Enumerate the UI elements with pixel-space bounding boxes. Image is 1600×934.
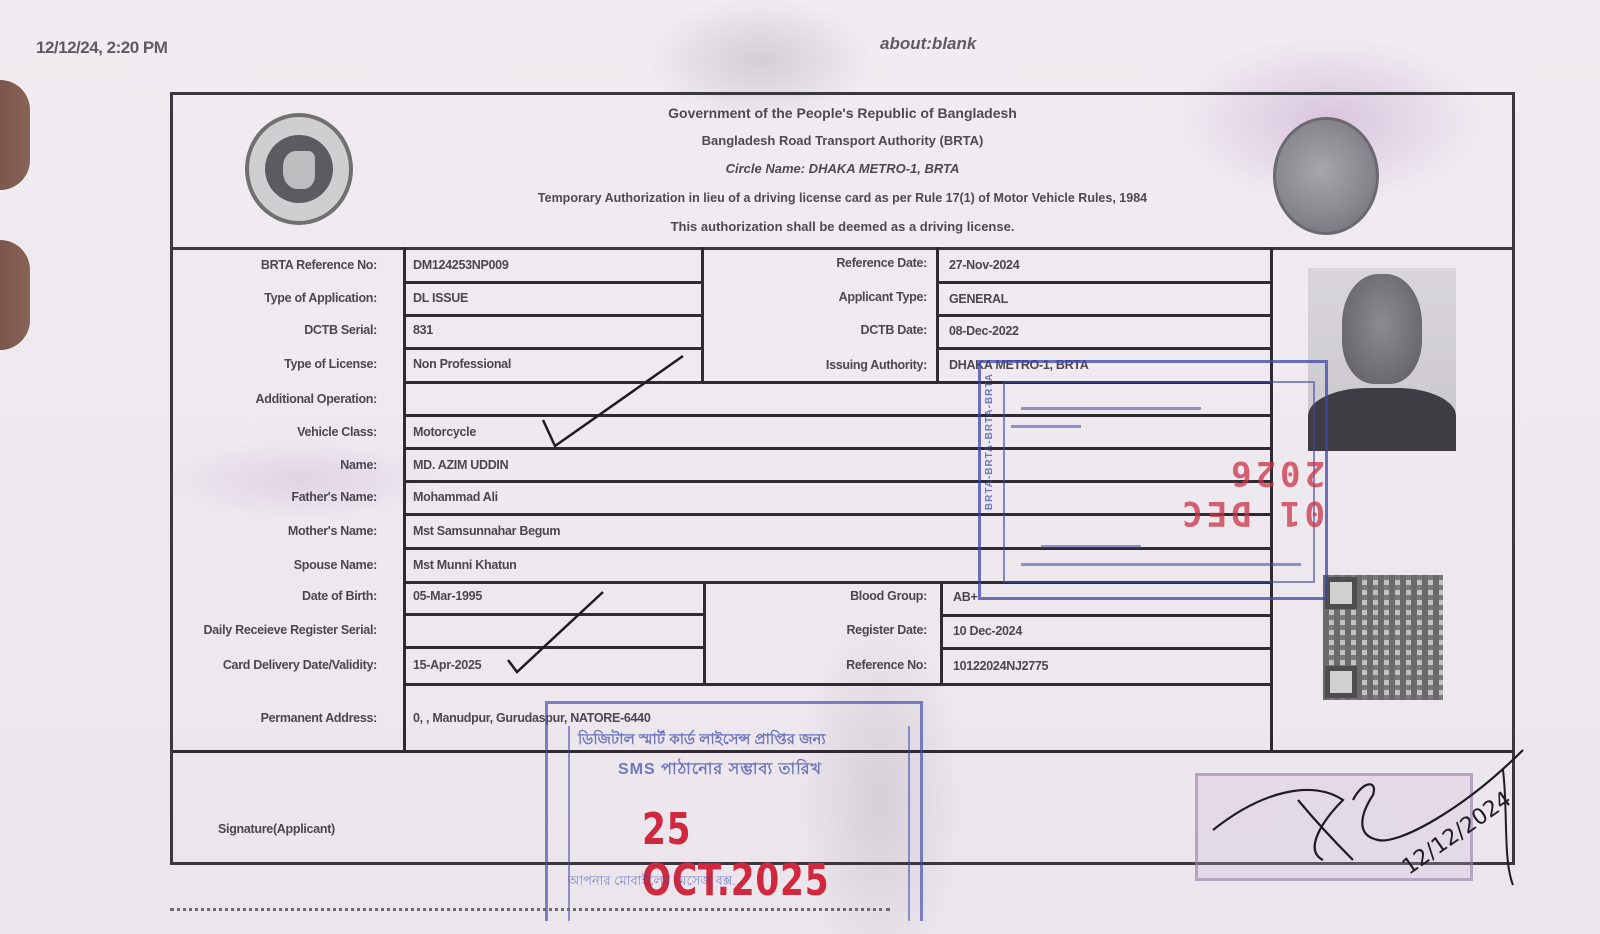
value-register-date: 10 Dec-2024 — [953, 624, 1022, 638]
label-blood-group: Blood Group: — [850, 589, 927, 603]
value-blood-group: AB+ — [953, 590, 977, 604]
label-permanent-address: Permanent Address: — [261, 711, 377, 725]
print-timestamp: 12/12/24, 2:20 PM — [36, 38, 167, 58]
temporary-driving-license-form: Government of the People's Republic of B… — [170, 92, 1515, 865]
label-type-of-license: Type of License: — [284, 357, 377, 371]
value-card-delivery-date: 15-Apr-2025 — [413, 658, 481, 672]
value-applicant-type: GENERAL — [949, 292, 1008, 306]
value-vehicle-class: Motorcycle — [413, 425, 476, 439]
stamp-date-01-dec-2026: 01 DEC 2026 — [1076, 453, 1325, 533]
finger — [0, 80, 30, 190]
label-mothers-name: Mother's Name: — [288, 524, 377, 538]
sms-date-stamp: ডিজিটাল স্মার্ট কার্ড লাইসেন্স প্রাপ্তির… — [545, 701, 923, 921]
label-issuing-authority: Issuing Authority: — [826, 358, 927, 372]
print-url: about:blank — [880, 34, 976, 54]
label-card-delivery-date: Card Delivery Date/Validity: — [223, 658, 377, 672]
value-spouse-name: Mst Munni Khatun — [413, 558, 517, 572]
value-name: MD. AZIM UDDIN — [413, 458, 508, 472]
label-dctb-serial: DCTB Serial: — [304, 323, 377, 337]
perforation-line — [170, 908, 890, 911]
label-daily-receive-register-serial: Daily Receieve Register Serial: — [204, 623, 377, 637]
qr-code — [1323, 575, 1443, 700]
label-date-of-birth: Date of Birth: — [302, 589, 377, 603]
header-circle-name: Circle Name: DHAKA METRO-1, BRTA — [173, 161, 1512, 176]
label-signature-applicant: Signature(Applicant) — [218, 822, 335, 836]
label-additional-operation: Additional Operation: — [256, 392, 377, 406]
label-reference-date: Reference Date: — [836, 256, 927, 270]
value-date-of-birth: 05-Mar-1995 — [413, 589, 482, 603]
applicant-photo — [1308, 268, 1456, 451]
checkmark-icon — [533, 350, 693, 460]
divider — [701, 247, 704, 383]
label-type-of-application: Type of Application: — [264, 291, 377, 305]
label-applicant-type: Applicant Type: — [839, 290, 927, 304]
label-register-date: Register Date: — [846, 623, 927, 637]
divider — [940, 581, 943, 686]
label-name: Name: — [340, 458, 377, 472]
value-brta-reference-no: DM124253NP009 — [413, 258, 508, 272]
value-dctb-date: 08-Dec-2022 — [949, 324, 1019, 338]
header-deemed-note: This authorization shall be deemed as a … — [173, 219, 1512, 234]
label-vehicle-class: Vehicle Class: — [297, 425, 377, 439]
brta-validity-stamp: BRTA-BRTA-BRTA-BRTA 01 DEC 2026 — [978, 360, 1328, 600]
form-header: Government of the People's Republic of B… — [173, 95, 1512, 250]
divider — [703, 581, 706, 686]
officer-signature: 12/12/2024 — [1203, 740, 1533, 890]
value-reference-no: 10122024NJ2775 — [953, 659, 1048, 673]
checkmark-icon — [503, 588, 613, 678]
divider — [403, 247, 406, 752]
label-spouse-name: Spouse Name: — [294, 558, 377, 572]
svg-text:12/12/2024: 12/12/2024 — [1398, 787, 1516, 880]
label-reference-no: Reference No: — [846, 658, 927, 672]
value-fathers-name: Mohammad Ali — [413, 490, 498, 504]
finger — [0, 240, 30, 350]
label-fathers-name: Father's Name: — [291, 490, 377, 504]
header-authority: Bangladesh Road Transport Authority (BRT… — [173, 133, 1512, 148]
header-government: Government of the People's Republic of B… — [173, 105, 1512, 121]
label-brta-reference-no: BRTA Reference No: — [261, 258, 377, 272]
label-dctb-date: DCTB Date: — [861, 323, 927, 337]
value-type-of-license: Non Professional — [413, 357, 511, 371]
header-authorization-note: Temporary Authorization in lieu of a dri… — [173, 191, 1512, 205]
value-reference-date: 27-Nov-2024 — [949, 258, 1019, 272]
value-dctb-serial: 831 — [413, 323, 433, 337]
value-mothers-name: Mst Samsunnahar Begum — [413, 524, 560, 538]
value-type-of-application: DL ISSUE — [413, 291, 468, 305]
